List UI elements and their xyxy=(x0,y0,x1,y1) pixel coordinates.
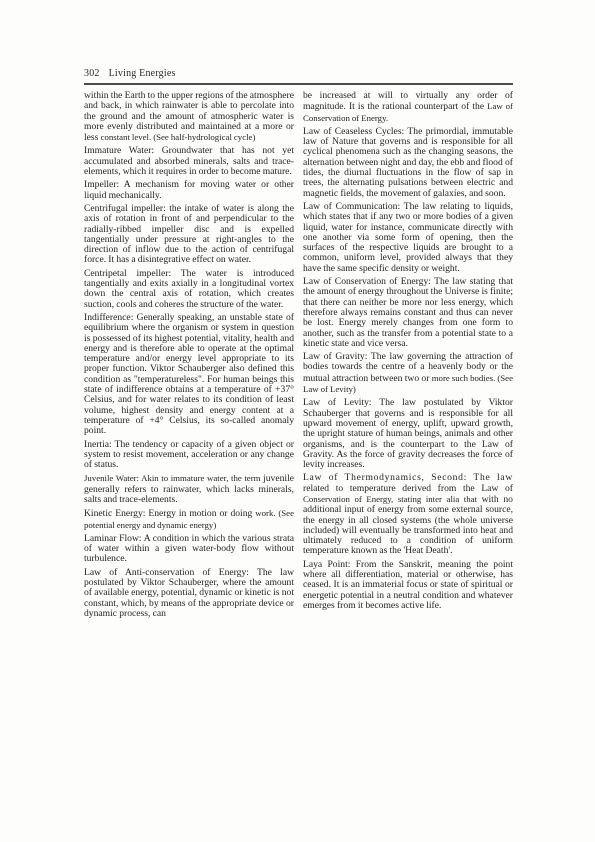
book-title: Living Energies xyxy=(109,68,176,79)
text-segment: Impeller: A mechanism for moving water o… xyxy=(84,179,294,200)
text-segment: Laya Point: From the Sanskrit, meaning t… xyxy=(303,559,513,611)
glossary-paragraph: Kinetic Energy: Energy in motion or doin… xyxy=(84,508,294,531)
text-segment: Centrifugal impeller: the intake of wate… xyxy=(84,203,294,265)
text-segment: Law of Levity: The law postulated by Vik… xyxy=(303,397,513,470)
page-number: 302 xyxy=(84,68,100,79)
text-segment: constant level. (See half-hydrological c… xyxy=(101,132,256,142)
glossary-paragraph: Inertia: The tendency or capacity of a g… xyxy=(84,440,294,471)
text-segment: be increased at will to virtually any or… xyxy=(303,90,513,112)
glossary-paragraph: Laya Point: From the Sanskrit, meaning t… xyxy=(303,560,513,611)
page-header: 302Living Energies xyxy=(84,68,513,80)
glossary-paragraph: Juvenile Water: Akin to immature water, … xyxy=(84,473,294,505)
glossary-paragraph: Immature Water: Groundwater that has not… xyxy=(84,146,294,177)
glossary-paragraph: Law of Anti-conservation of Energy: The … xyxy=(84,568,294,619)
text-segment: Law of Communication: The law relating t… xyxy=(303,201,513,274)
glossary-paragraph: Law of Gravity: The law governing the at… xyxy=(303,352,513,395)
text-segment: Law of Anti-conservation of Energy: The … xyxy=(84,567,294,619)
glossary-paragraph: Law of Levity: The law postulated by Vik… xyxy=(303,398,513,470)
glossary-paragraph: Law of Ceaseless Cycles: The primordial,… xyxy=(303,127,513,199)
text-segment: Law of Ceaseless Cycles: The primordial,… xyxy=(303,126,513,199)
glossary-paragraph: Centripetal impeller: The water is intro… xyxy=(84,269,294,310)
text-segment: Kinetic Energy: Energy in motion or doin… xyxy=(84,508,255,519)
text-segment: related to temperature derived from the … xyxy=(303,483,513,494)
glossary-paragraph: Laminar Flow: A condition in which the v… xyxy=(84,534,294,565)
glossary-paragraph: Indifference: Generally speaking, an uns… xyxy=(84,313,294,437)
text-segment: Laminar Flow: A condition in which the v… xyxy=(84,533,294,565)
text-segment: with no additional input of energy from … xyxy=(303,494,513,556)
glossary-paragraph: Law of Communication: The law relating t… xyxy=(303,202,513,274)
glossary-paragraph: Law of Conservation of Energy: The law s… xyxy=(303,277,513,349)
glossary-paragraph: be increased at will to virtually any or… xyxy=(303,91,513,124)
glossary-paragraph: Impeller: A mechanism for moving water o… xyxy=(84,180,294,201)
glossary-paragraph: within the Earth to the upper regions of… xyxy=(84,91,294,143)
text-segment: Immature Water: Groundwater that has not… xyxy=(84,145,294,177)
text-segment: Law of Conservation of Energy: The law s… xyxy=(303,276,513,349)
text-segment: Conservation of Energy, stating inter al… xyxy=(303,494,482,504)
left-column: within the Earth to the upper regions of… xyxy=(84,91,294,622)
book-page: 302Living Energies within the Earth to t… xyxy=(0,0,595,842)
right-column: be increased at will to virtually any or… xyxy=(303,91,513,622)
text-segment: Centripetal impeller: The water is intro… xyxy=(84,268,294,310)
text-segment: Juvenile Water: Akin to immature water, … xyxy=(84,473,263,483)
header-rule xyxy=(84,83,513,85)
text-columns: within the Earth to the upper regions of… xyxy=(84,91,513,622)
text-segment: Indifference: Generally speaking, an uns… xyxy=(84,312,294,436)
text-segment: Inertia: The tendency or capacity of a g… xyxy=(84,439,294,471)
glossary-paragraph: Law of Thermodynamics, Second: The law r… xyxy=(303,473,513,556)
glossary-paragraph: Centrifugal impeller: the intake of wate… xyxy=(84,204,294,266)
